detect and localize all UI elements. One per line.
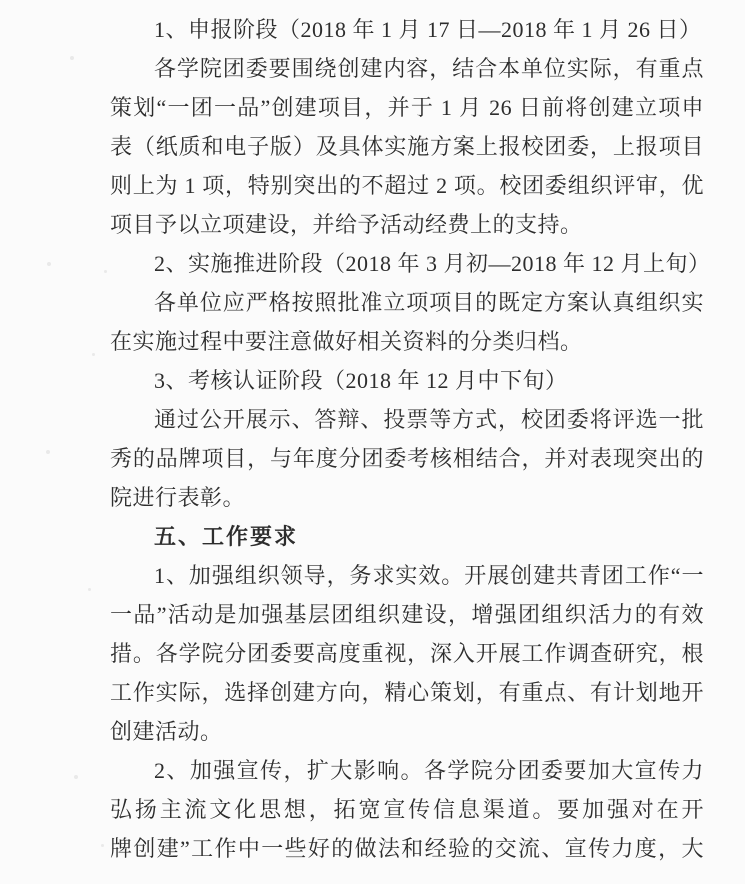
text-line: 1、申报阶段（2018 年 1 月 17 日—2018 年 1 月 26 日）: [110, 10, 704, 49]
text-line: 在实施过程中要注意做好相关资料的分类归档。: [110, 322, 704, 361]
text-line: 秀的品牌项目，与年度分团委考核相结合，并对表现突出的学: [110, 439, 704, 478]
text-line: 则上为 1 项，特别突出的不超过 2 项。校团委组织评审，优秀: [110, 166, 704, 205]
text-line: 各学院团委要围绕创建内容，结合本单位实际，有重点地: [110, 49, 704, 88]
scan-speck: [47, 262, 51, 266]
scanned-document-page: 1、申报阶段（2018 年 1 月 17 日—2018 年 1 月 26 日）各…: [0, 0, 745, 884]
text-line: 一品”活动是加强基层团组织建设，增强团组织活力的有效举: [110, 595, 704, 634]
scan-speck: [74, 775, 78, 779]
text-line: 各单位应严格按照批准立项项目的既定方案认真组织实施。: [110, 283, 704, 322]
text-line: 牌创建”工作中一些好的做法和经验的交流、宣传力度，大力: [110, 829, 704, 868]
scan-speck: [88, 588, 91, 591]
scan-speck: [101, 844, 104, 847]
text-line: 3、考核认证阶段（2018 年 12 月中下旬）: [110, 361, 704, 400]
text-line: 弘扬主流文化思想，拓宽宣传信息渠道。要加强对在开展“品: [110, 790, 704, 829]
text-line: 2、加强宣传，扩大影响。各学院分团委要加大宣传力度，: [110, 751, 704, 790]
text-line: 通过公开展示、答辩、投票等方式，校团委将评选一批优: [110, 400, 704, 439]
text-line: 2、实施推进阶段（2018 年 3 月初—2018 年 12 月上旬）: [110, 244, 704, 283]
section-heading-line: 五、工作要求: [110, 517, 704, 556]
scan-speck: [92, 353, 95, 356]
text-line: 表（纸质和电子版）及具体实施方案上报校团委，上报项目原: [110, 127, 704, 166]
text-line: 策划“一团一品”创建项目，并于 1 月 26 日前将创建立项申报: [110, 88, 704, 127]
text-line: 工作实际，选择创建方向，精心策划，有重点、有计划地开展: [110, 673, 704, 712]
scan-speck: [46, 450, 50, 454]
text-line: 措。各学院分团委要高度重视，深入开展工作调查研究，根据: [110, 634, 704, 673]
text-line: 院进行表彰。: [110, 478, 704, 517]
scan-speck: [104, 270, 107, 273]
text-line: 项目予以立项建设，并给予活动经费上的支持。: [110, 205, 704, 244]
document-text-block: 1、申报阶段（2018 年 1 月 17 日—2018 年 1 月 26 日）各…: [110, 10, 704, 868]
text-line: 1、加强组织领导，务求实效。开展创建共青团工作“一团: [110, 556, 704, 595]
scan-speck: [70, 56, 74, 60]
text-line: 创建活动。: [110, 712, 704, 751]
